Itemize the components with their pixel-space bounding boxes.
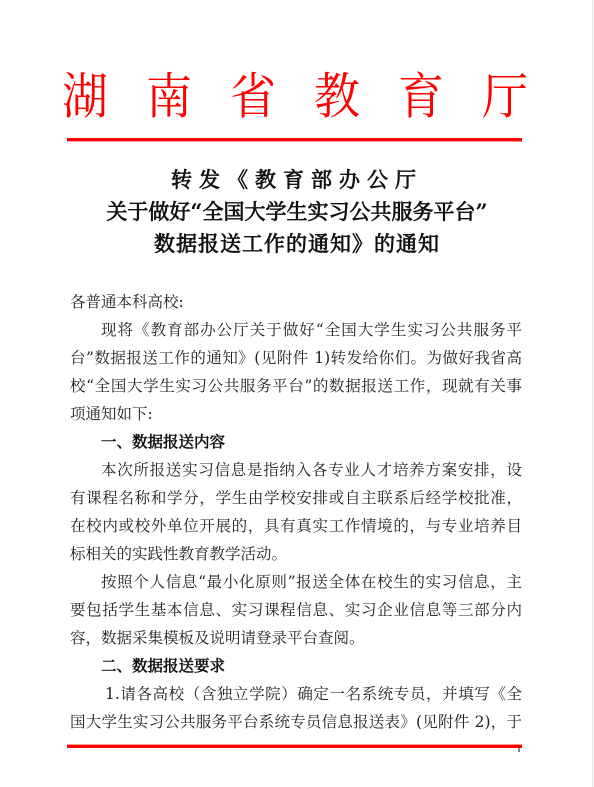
document-page: 湖 南 省 教 育 厅 转发《教育部办公厅 关于做好“全国大学生实习公共服务平台… (0, 0, 593, 787)
section-heading-2: 二、数据报送要求 (70, 652, 522, 680)
document-title-line-2: 关于做好“全国大学生实习公共服务平台” (60, 196, 534, 226)
masthead-title: 湖 南 省 教 育 厅 (62, 66, 528, 126)
paragraph-line: 校“全国大学生实习公共服务平台”的数据报送工作，现就有关事 (70, 372, 522, 400)
masthead-char: 厅 (482, 66, 528, 126)
paragraph-line: 国大学生实习公共服务平台系统专员信息报送表》(见附件 2)，于 (70, 708, 522, 736)
paragraph-line: 有课程名称和学分，学生由学校安排或自主联系后经学校批准， (70, 484, 522, 512)
masthead-char: 育 (398, 66, 444, 126)
section-heading-1: 一、数据报送内容 (70, 428, 522, 456)
paragraph-line: 按照个人信息“最小化原则”报送全体在校生的实习信息，主 (70, 568, 522, 596)
paragraph-line: 本次所报送实习信息是指纳入各专业人才培养方案安排，设 (70, 456, 522, 484)
masthead-red-rule (67, 138, 522, 141)
salutation: 各普通本科高校: (70, 288, 522, 316)
footer-red-rule (67, 745, 522, 748)
masthead-char: 教 (314, 66, 360, 126)
paragraph-line: 1.请各高校（含独立学院）确定一名系统专员，并填写《全 (70, 680, 522, 708)
paragraph-line: 台”数据报送工作的通知》(见附件 1)转发给你们。为做好我省高 (70, 344, 522, 372)
paragraph-line: 容，数据采集模板及说明请登录平台查阅。 (70, 624, 522, 652)
paragraph-line: 要包括学生基本信息、实习课程信息、实习企业信息等三部分内 (70, 596, 522, 624)
masthead-char: 湖 (62, 66, 108, 126)
paragraph-line: 在校内或校外单位开展的，具有真实工作情境的，与专业培养目 (70, 512, 522, 540)
document-title-line-1: 转发《教育部办公厅 (60, 164, 534, 194)
paragraph-line: 现将《教育部办公厅关于做好“全国大学生实习公共服务平 (70, 316, 522, 344)
masthead-char: 南 (146, 66, 192, 126)
document-title-line-3: 数据报送工作的通知》的通知 (60, 228, 534, 258)
page-mark (518, 748, 520, 752)
masthead-char: 省 (230, 66, 276, 126)
document-body: 各普通本科高校: 现将《教育部办公厅关于做好“全国大学生实习公共服务平 台”数据… (70, 288, 522, 736)
paragraph-line: 标相关的实践性教育教学活动。 (70, 540, 522, 568)
paragraph-line: 项通知如下: (70, 400, 522, 428)
